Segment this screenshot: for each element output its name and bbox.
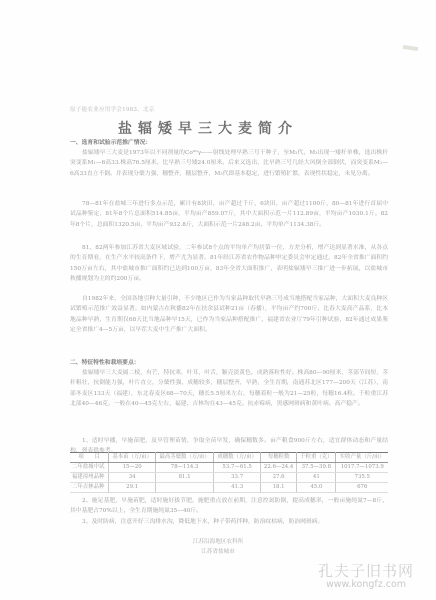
table-cell: 29.1: [109, 483, 156, 493]
signature-institute: 江苏沿海地区农科所: [0, 537, 436, 545]
table-cell: 41: [297, 473, 336, 483]
yield-structure-table: 项 目 基本苗（万/亩） 最高茎蘖数（万/亩） 成穗数（万/亩） 每穗粒数 千粒…: [70, 452, 388, 493]
table-row: 二年吉林品种 29.1 41.3 18.1 45.0 676: [70, 483, 388, 493]
table-header-cell: 千粒重（克）: [297, 453, 336, 463]
table-cell: 1017.7—1073.9: [336, 463, 388, 473]
section-heading-2: 二、特征特性和栽培要点：: [70, 357, 140, 366]
section-heading-1: 一、选育和试验示范推广情况：: [70, 137, 151, 146]
watermark: 孔夫子旧书网 www.kongfz.com: [308, 560, 424, 590]
table-cell: 53.7—61.5: [214, 463, 261, 473]
header-note: 原子能农业应用学会1983、北京: [70, 105, 155, 113]
table-cell: 15—20: [109, 463, 156, 473]
table-header-cell: 成穗数（万/亩）: [214, 453, 261, 463]
table-cell: 18.1: [261, 483, 297, 493]
paragraph-8: 3、及时防病，注意开好三沟排水沟，降低地下水，种子带药拌种，防治纹枯病，防治网斑…: [70, 517, 388, 527]
scanned-document-page: 原子能农业应用学会1983、北京 盐辐矮早三大麦简介 一、选育和试验示范推广情况…: [0, 0, 436, 600]
table-header-cell: 基本苗（万/亩）: [109, 453, 156, 463]
table-cell: 二年盐城中试: [70, 463, 109, 473]
table-header-cell: 最高茎蘖数（万/亩）: [156, 453, 214, 463]
scan-edge-mark: [403, 45, 418, 51]
table-cell: 735.5: [336, 473, 388, 483]
table-cell: 676: [336, 483, 388, 493]
document-title: 盐辐矮早三大麦简介: [118, 118, 298, 138]
table-header-cell: 每穗粒数: [261, 453, 297, 463]
table-header-cell: 实收产量（斤/亩）: [336, 453, 388, 463]
table-row: 福建漳州品种 34 81.1 33.7 27.6 41 735.5: [70, 473, 388, 483]
paragraph-4: 自1982年来，全国各地引种大量引种，不少地区已作为当家品种取代早熟三号成当地搭…: [70, 294, 388, 335]
table-cell: 45.0: [297, 483, 336, 493]
paragraph-5: 盐辐矮早三大麦属二棱，有芒，特抗寒，叶耳，叶舌，颖壳淡黄色，成熟落粒性好。株高8…: [70, 368, 388, 409]
table-cell: 34: [109, 473, 156, 483]
paragraph-7: 2、施足基肥，早施苗肥，适时施好拔节肥，施肥重点放在前期，注意控氮防倒，提高成穗…: [70, 496, 388, 517]
table-cell: 二年吉林品种: [70, 483, 109, 493]
table-cell: 27.6: [261, 473, 297, 483]
table-row: 二年盐城中试 15—20 78—114.3 53.7—61.5 22.6—24.…: [70, 463, 388, 473]
table-cell: 41.3: [214, 483, 261, 493]
paragraph-1: 盐辐矮早三大麦是1973年以不同剂量的Co⁶⁰γ——射线处理早熟三号干种子，至M…: [70, 148, 388, 179]
signature-location: 江苏省盐城市: [0, 547, 436, 555]
table-cell: 22.6—24.4: [261, 463, 297, 473]
paragraph-2: 78—81年在盐城三年进行多点示范，累计有8块田，亩产超过千斤，6块田，亩产超过…: [70, 199, 388, 230]
paragraph-3: 81、82两年参加江苏省大麦区域试验，二年参试8个点的平均单产均居第一位，方差分…: [70, 243, 388, 284]
watermark-text: 孔夫子旧书网: [308, 560, 424, 581]
table-cell: 37.5—39.8: [297, 463, 336, 473]
table-cell: 33.7: [214, 473, 261, 483]
table-header-cell: 项 目: [70, 453, 109, 463]
table-header-row: 项 目 基本苗（万/亩） 最高茎蘖数（万/亩） 成穗数（万/亩） 每穗粒数 千粒…: [70, 453, 388, 463]
table-cell: 81.1: [156, 473, 214, 483]
table-cell: [156, 483, 214, 493]
table-cell: 78—114.3: [156, 463, 214, 473]
table-cell: 福建漳州品种: [70, 473, 109, 483]
